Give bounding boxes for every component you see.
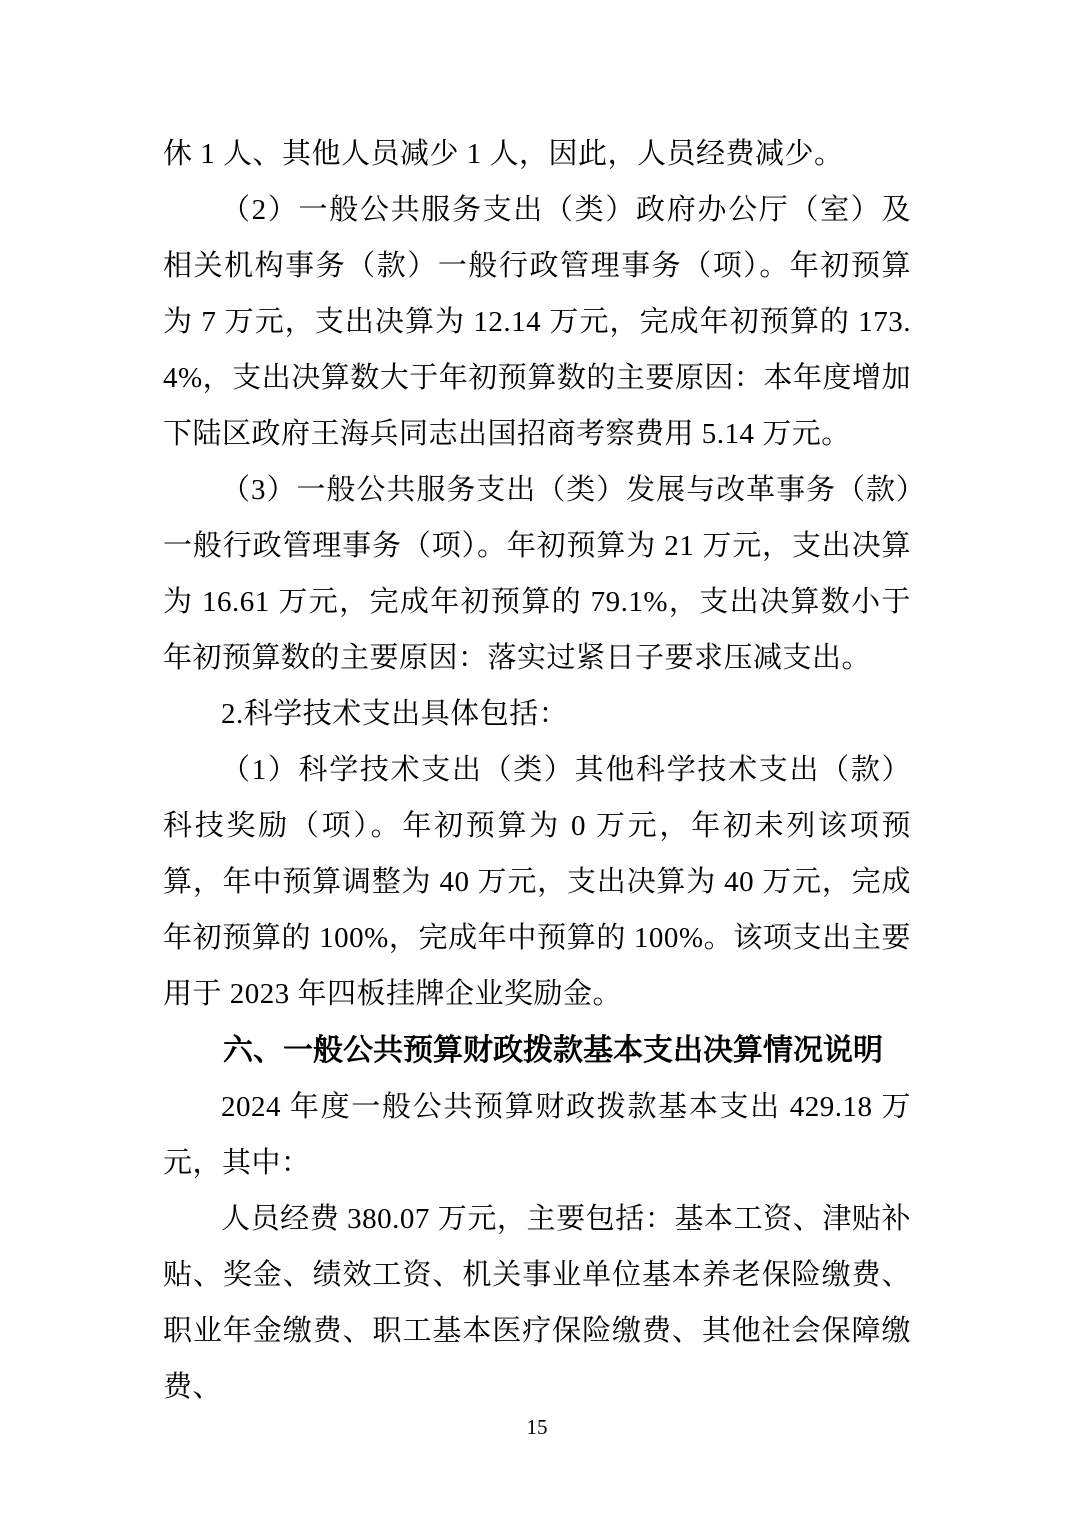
paragraph-basic-expenditure: 2024 年度一般公共预算财政拨款基本支出 429.18 万元，其中：	[163, 1079, 911, 1191]
paragraph-item-3: （3）一般公共服务支出（类）发展与改革事务（款）一般行政管理事务（项）。年初预算…	[163, 462, 911, 686]
document-text-block: 休 1 人、其他人员减少 1 人，因此，人员经费减少。 （2）一般公共服务支出（…	[163, 126, 911, 1415]
page-number: 15	[0, 1415, 1074, 1440]
section-heading: 六、一般公共预算财政拨款基本支出决算情况说明	[163, 1022, 911, 1079]
paragraph-item-2: （2）一般公共服务支出（类）政府办公厅（室）及相关机构事务（款）一般行政管理事务…	[163, 182, 911, 462]
paragraph-continuation: 休 1 人、其他人员减少 1 人，因此，人员经费减少。	[163, 126, 911, 182]
paragraph-personnel-funds: 人员经费 380.07 万元，主要包括：基本工资、津贴补贴、奖金、绩效工资、机关…	[163, 1191, 911, 1415]
paragraph-science-intro: 2.科学技术支出具体包括：	[163, 686, 911, 742]
paragraph-science-item-1: （1）科学技术支出（类）其他科学技术支出（款）科技奖励（项）。年初预算为 0 万…	[163, 742, 911, 1022]
document-page: 休 1 人、其他人员减少 1 人，因此，人员经费减少。 （2）一般公共服务支出（…	[0, 0, 1074, 1520]
